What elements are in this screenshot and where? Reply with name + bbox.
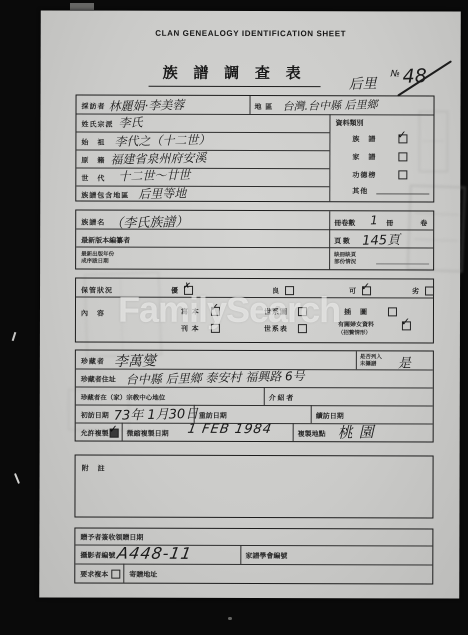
film-place-handwriting: 桃園 xyxy=(337,421,379,443)
position-label: 珍藏者在（家）宗教中心地位 xyxy=(81,393,166,402)
content-women-label: 有關婦女資料 xyxy=(338,322,374,328)
coverage-label: 族譜包含地區 xyxy=(81,191,129,201)
listed-label-line1: 是否列入 xyxy=(360,354,382,360)
category-item-jiapu: 家 譜 xyxy=(352,152,376,162)
photographer-no-handwriting: A448-11 xyxy=(116,544,194,563)
film-date-handwriting: 1 FEB 1984 xyxy=(186,422,273,437)
founder-label: 始 祖 xyxy=(81,138,105,148)
section-condition: 保管狀況 優 ✗ 良 可 ✓ 劣 內 容 寫 本 ✓ 世系圖 xyxy=(75,278,434,344)
notes-label: 附 註 xyxy=(82,464,106,474)
film-scratch-mark xyxy=(14,473,20,484)
condition-label: 保管狀況 xyxy=(81,286,113,296)
content-chart-checkbox xyxy=(298,307,307,316)
copy-permit-label: 允許複製 xyxy=(81,429,109,439)
interviewer-handwriting: 林麗娟·李美蓉 xyxy=(108,96,184,115)
film-notch xyxy=(70,3,94,10)
first-visit-handwriting: 73年 1月30日 xyxy=(114,403,199,424)
film-dust-dot xyxy=(228,617,232,620)
category-item-zupu: 族 譜 xyxy=(352,134,376,144)
content-table-checkbox xyxy=(298,324,307,333)
lineage-label: 姓氏宗派 xyxy=(81,120,113,130)
address-handwriting: 台中縣 后里鄉 泰安村 福興路 6号 xyxy=(126,367,305,388)
check-mark: ✓ xyxy=(397,128,406,141)
sheet-title: CLAN GENEALOGY IDENTIFICATION SHEET xyxy=(41,28,461,38)
section-notes: 附 註 xyxy=(74,455,433,519)
content-illustration-label: 插 圖 xyxy=(344,307,368,317)
volumes-handwriting: 1 xyxy=(370,213,378,227)
content-illustration-checkbox xyxy=(388,307,397,316)
pubdate-label-line2: 成序跋日期 xyxy=(81,259,109,265)
section-survey: 採訪者 林麗娟·李美蓉 地 區 台灣.台中縣 后里鄉 姓氏宗派 李氏 始 祖 李… xyxy=(75,95,434,203)
cond-you-checkbox: ✗ xyxy=(184,286,193,295)
volumes-unit1: 冊 xyxy=(386,218,394,228)
area-handwriting: 台灣.台中縣 后里鄉 xyxy=(282,96,377,114)
microfilm-photo-background: CLAN GENEALOGY IDENTIFICATION SHEET 族 譜 … xyxy=(0,0,468,635)
content-printed-label: 刊 本 xyxy=(181,324,200,334)
section-admin: 贈予者簽收領贈日期 攝影者編號 A448-11 家譜學會編號 要求複本 寄贈地址 xyxy=(74,528,433,585)
content-women-sublabel: （招贅情形） xyxy=(338,330,371,336)
founder-handwriting: 李代之（十二世） xyxy=(114,131,210,150)
film-scratch-mark xyxy=(12,332,17,341)
category-zupu-checkbox: ✓ xyxy=(398,134,407,143)
cond-liang-checkbox xyxy=(285,286,294,295)
genealogy-name-label: 族譜名 xyxy=(81,218,105,228)
listed-label-line2: 未攝譜 xyxy=(360,361,377,367)
category-label: 資料類別 xyxy=(335,118,363,128)
copy-permit-checkbox: ✓ xyxy=(110,429,119,438)
donor-label: 贈予者簽收領贈日期 xyxy=(80,533,143,543)
owner-label: 珍藏者 xyxy=(81,357,105,367)
copy-request-label: 要求複本 xyxy=(80,570,108,580)
category-gongdebang-checkbox xyxy=(398,170,407,179)
area-label: 地 區 xyxy=(255,102,274,112)
interviewer-label: 採訪者 xyxy=(82,102,106,112)
generations-label: 世 代 xyxy=(81,174,105,184)
introducer-label: 介 紹 者 xyxy=(269,393,294,403)
lineage-handwriting: 李氏 xyxy=(118,113,142,131)
category-jiapu-checkbox xyxy=(398,152,407,161)
form-paper: CLAN GENEALOGY IDENTIFICATION SHEET 族 譜 … xyxy=(39,10,461,598)
cond-lie-label: 劣 xyxy=(412,286,420,296)
missing-label-line2: 部份情況 xyxy=(334,259,356,265)
content-women-checkbox: ✓ xyxy=(402,321,411,330)
content-table-label: 世系表 xyxy=(264,324,288,334)
section-volume: 族譜名 （李氏族譜） 冊卷數 1 冊 卷 最新版本編纂者 頁 數 145頁 最新… xyxy=(75,210,434,271)
cond-lie-checkbox xyxy=(425,286,434,295)
content-printed-checkbox xyxy=(211,324,220,333)
section-owner: 珍藏者 李萬燮 是否列入 未攝譜 是 珍藏者住址 台中縣 后里鄉 泰安村 福興路… xyxy=(75,350,434,443)
film-place-label: 複製地點 xyxy=(298,429,326,439)
photographer-label: 攝影者編號 xyxy=(80,551,115,561)
cond-ke-checkbox: ✓ xyxy=(362,286,371,295)
generations-handwriting: 十二世～廿世 xyxy=(118,166,190,185)
volumes-unit2: 卷 xyxy=(420,218,428,228)
first-visit-label: 初訪日期 xyxy=(81,411,109,421)
pages-handwriting: 145頁 xyxy=(362,229,400,249)
next-visit-label: 續訪日期 xyxy=(316,411,344,421)
origin-label: 原 籍 xyxy=(81,156,105,166)
society-label: 家譜學會編號 xyxy=(245,551,287,561)
category-item-gongdebang: 功德榜 xyxy=(352,170,376,180)
content-label: 內 容 xyxy=(81,309,105,319)
mail-address-label: 寄贈地址 xyxy=(129,570,157,580)
cond-you-label: 優 xyxy=(171,286,179,296)
address-label: 珍藏者住址 xyxy=(81,375,116,385)
corner-place-handwriting: 后里 xyxy=(348,73,376,94)
content-chart-label: 世系圖 xyxy=(264,307,288,317)
missing-label-line1: 缺冊缺頁 xyxy=(334,252,356,258)
form-title: 族 譜 調 查 表 xyxy=(149,62,321,87)
corner-no-label: № xyxy=(390,69,400,79)
copy-request-checkbox xyxy=(111,570,120,579)
revisit-label: 重訪日期 xyxy=(199,411,227,421)
coverage-handwriting: 后里等地 xyxy=(138,184,186,202)
content-manuscript-checkbox: ✓ xyxy=(211,307,220,316)
pages-label: 頁 數 xyxy=(334,236,350,246)
pubdate-label-line1: 最新出版年份 xyxy=(81,252,114,258)
content-manuscript-label: 寫 本 xyxy=(181,307,200,317)
film-date-label: 微縮複製日期 xyxy=(127,429,169,439)
compiler-label: 最新版本編纂者 xyxy=(81,236,130,246)
cond-liang-label: 良 xyxy=(272,286,280,296)
category-other-label: 其他 xyxy=(352,186,368,196)
volumes-label: 冊卷數 xyxy=(334,218,355,228)
cond-ke-label: 可 xyxy=(349,286,357,296)
origin-handwriting: 福建省泉州府安溪 xyxy=(110,149,206,168)
